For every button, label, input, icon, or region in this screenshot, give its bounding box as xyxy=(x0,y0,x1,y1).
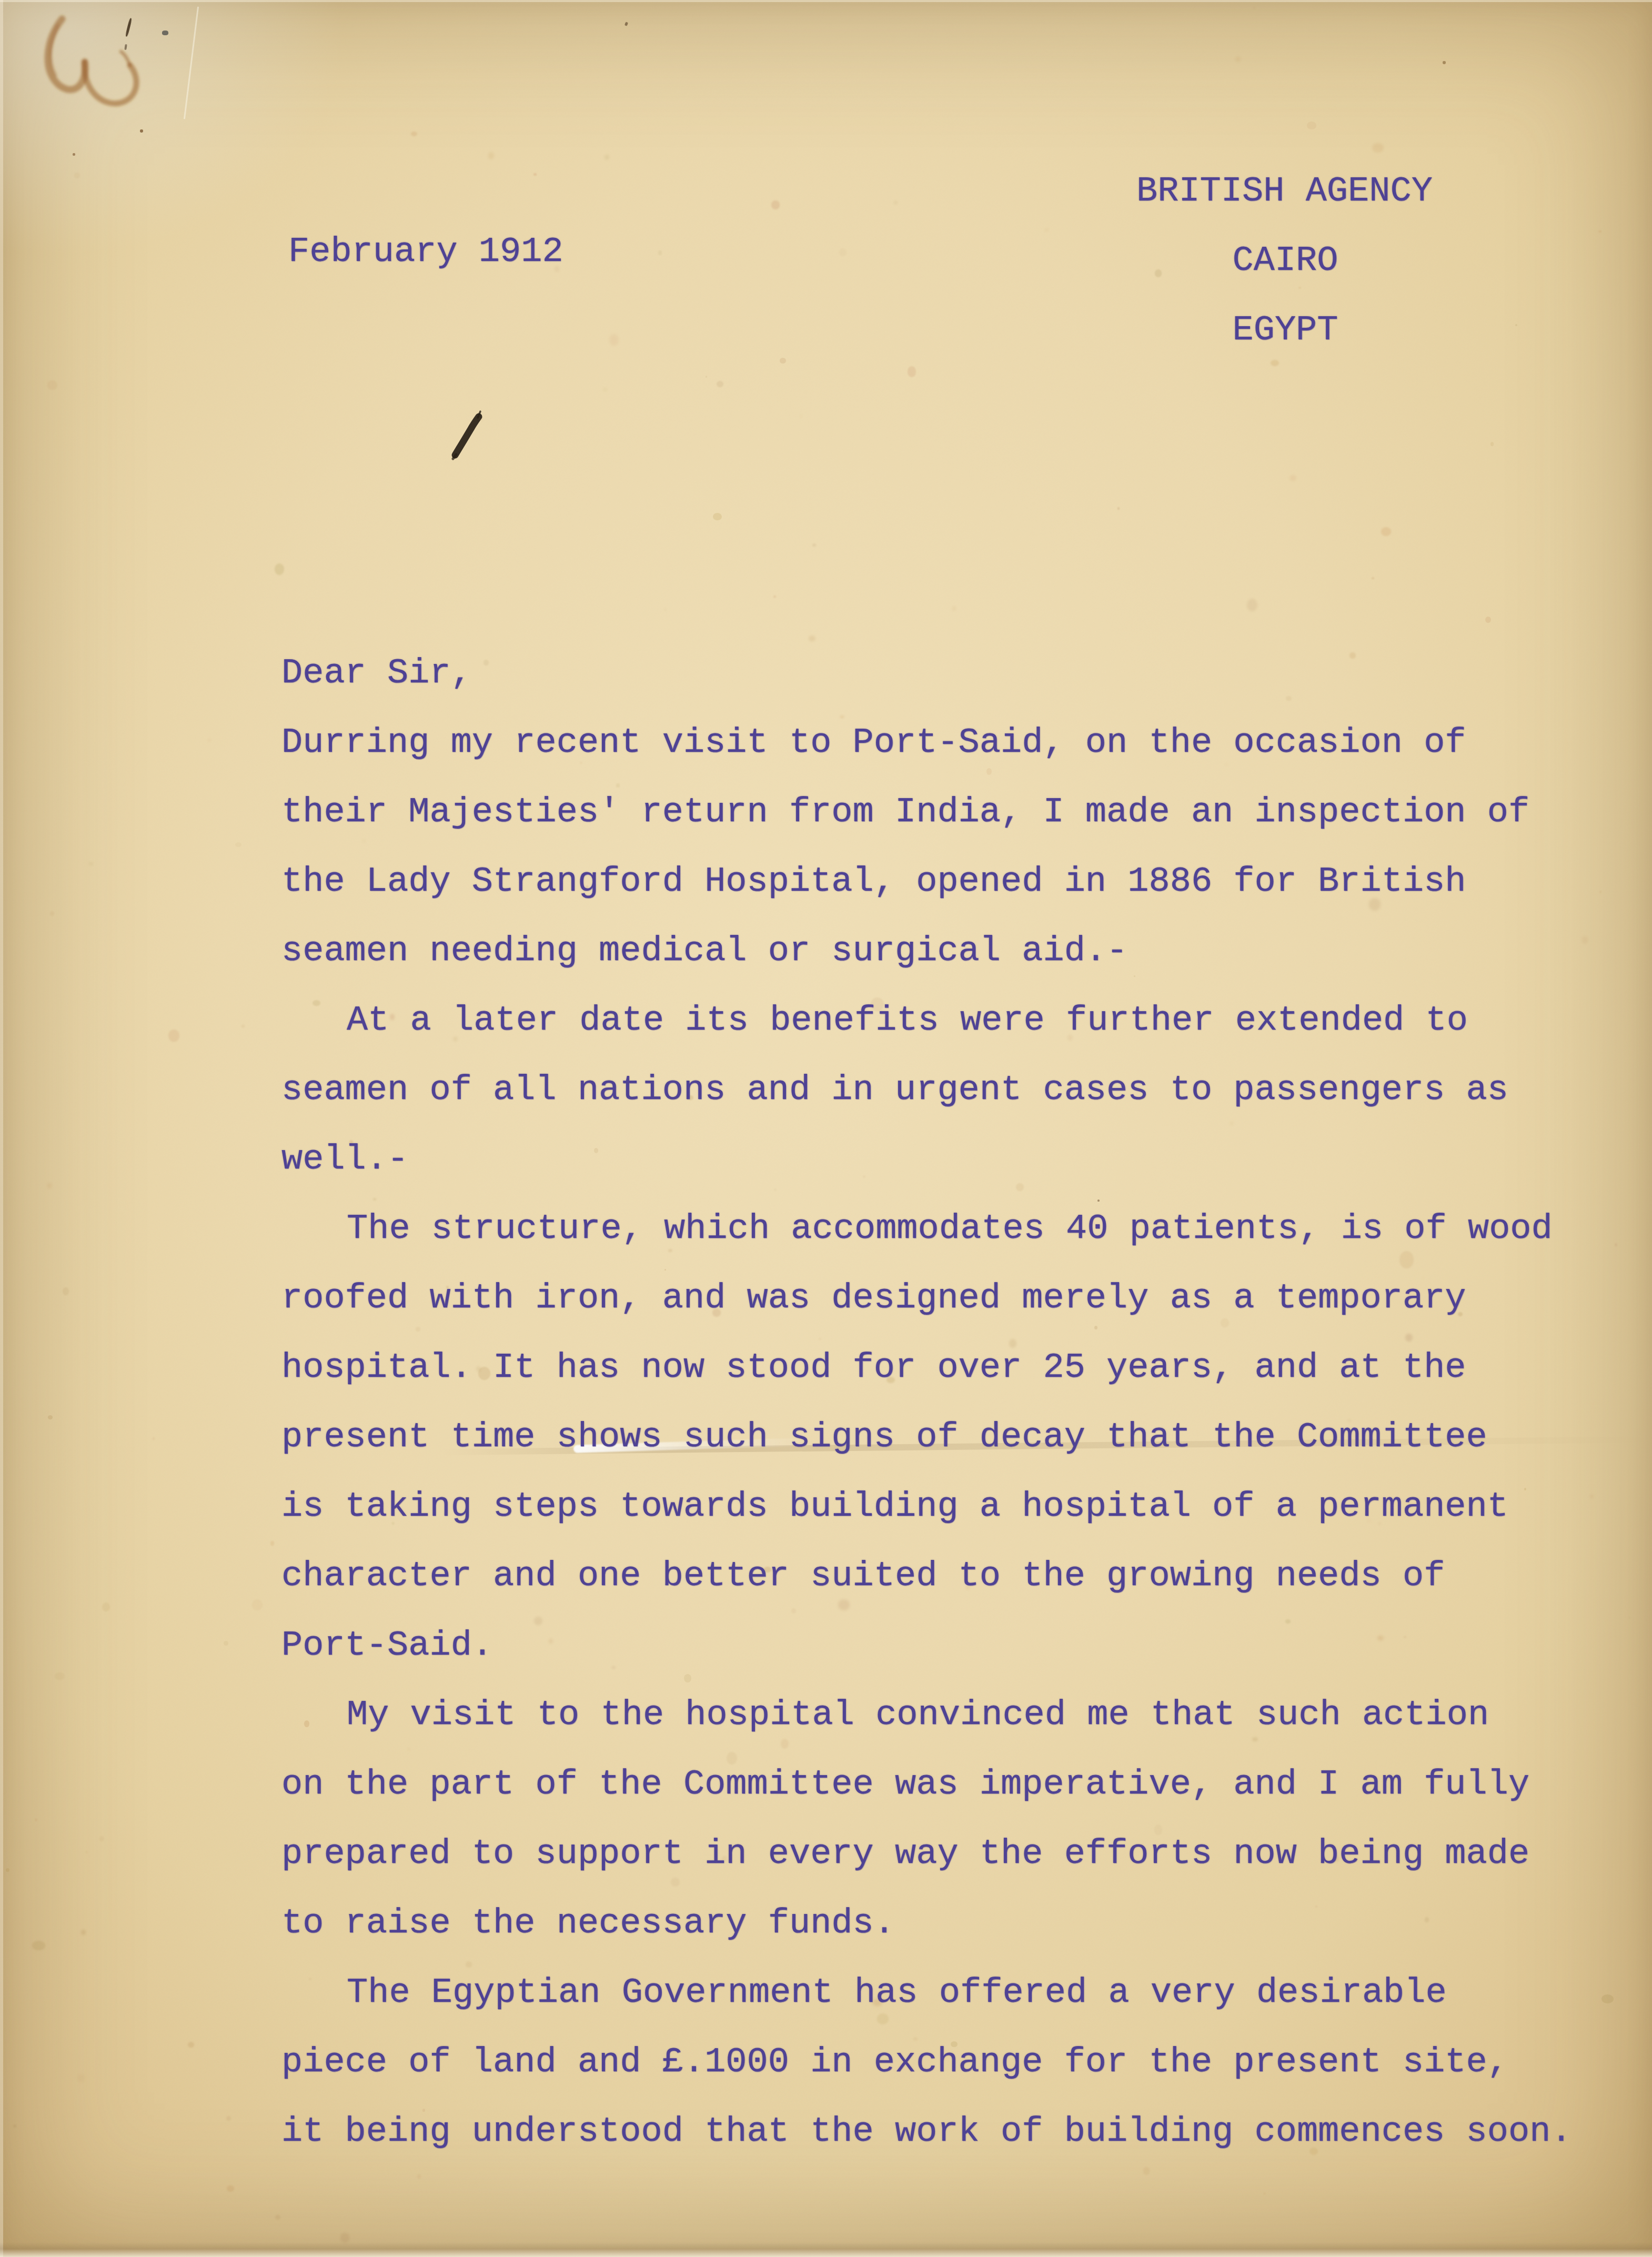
date-line: February 1912 xyxy=(288,217,563,287)
agency-name: BRITISH AGENCY xyxy=(1136,157,1434,226)
body-line: on the part of the Committee was imperat… xyxy=(281,1750,1607,1819)
body-line: character and one better suited to the g… xyxy=(281,1541,1607,1611)
body-line: it being understood that the work of bui… xyxy=(281,2097,1607,2167)
body-line: hospital. It has now stood for over 25 y… xyxy=(281,1333,1607,1403)
pen-mark xyxy=(437,406,500,469)
body-line: seamen needing medical or surgical aid.- xyxy=(281,916,1607,986)
letter-body: Dear Sir, Durring my recent visit to Por… xyxy=(281,639,1607,2167)
rust-stain xyxy=(21,4,163,125)
body-line: well.- xyxy=(281,1125,1607,1194)
body-line: present time shows such signs of decay t… xyxy=(281,1403,1607,1472)
letter-page: BRITISH AGENCY CAIRO EGYPT February 1912… xyxy=(0,0,1652,2257)
body-line: to raise the necessary funds. xyxy=(281,1889,1607,1958)
top-edge-highlight xyxy=(0,0,1652,2)
body-line: Port-Said. xyxy=(281,1611,1607,1680)
body-line: At a later date its benefits were furthe… xyxy=(347,986,1607,1055)
body-line: seamen of all nations and in urgent case… xyxy=(281,1055,1607,1125)
body-line: their Majesties' return from India, I ma… xyxy=(281,778,1607,847)
agency-city: CAIRO xyxy=(1136,226,1434,296)
paper-crack xyxy=(184,7,199,119)
left-edge-highlight xyxy=(0,0,3,2257)
agency-country: EGYPT xyxy=(1136,296,1434,365)
bottom-edge xyxy=(0,2242,1652,2257)
body-line: The Egyptian Government has offered a ve… xyxy=(347,1958,1607,2028)
salutation: Dear Sir, xyxy=(281,639,1607,708)
body-line: the Lady Strangford Hospital, opened in … xyxy=(281,847,1607,916)
body-line: roofed with iron, and was designed merel… xyxy=(281,1264,1607,1333)
agency-header: BRITISH AGENCY CAIRO EGYPT xyxy=(1136,157,1434,365)
body-line: My visit to the hospital convinced me th… xyxy=(347,1680,1607,1750)
body-line: The structure, which accommodates 40 pat… xyxy=(347,1194,1607,1264)
body-line: prepared to support in every way the eff… xyxy=(281,1819,1607,1889)
body-line: is taking steps towards building a hospi… xyxy=(281,1472,1607,1541)
body-line: piece of land and £.1000 in exchange for… xyxy=(281,2028,1607,2097)
body-line: Durring my recent visit to Port-Said, on… xyxy=(281,708,1607,778)
